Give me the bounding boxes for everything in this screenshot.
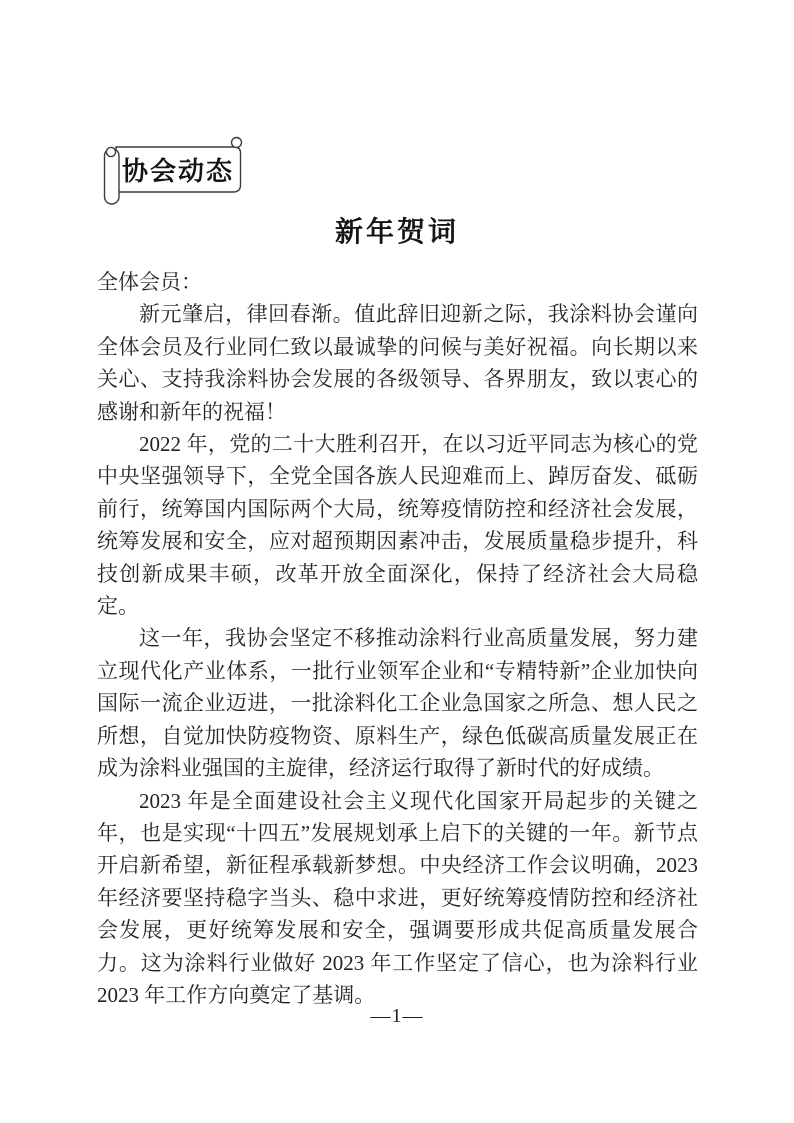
page-number: —1—	[0, 1005, 794, 1028]
page-title: 新年贺词	[0, 210, 794, 250]
banner-scroll: 协会动态	[100, 135, 244, 209]
document-body: 全体会员： 新元肇启，律回春渐。值此辞旧迎新之际，我涂料协会谨向全体会员及行业同…	[97, 266, 698, 1011]
salutation: 全体会员：	[97, 266, 698, 298]
banner-label: 协会动态	[120, 151, 236, 188]
document-page: 协会动态 新年贺词 全体会员： 新元肇启，律回春渐。值此辞旧迎新之际，我涂料协会…	[0, 0, 794, 1123]
paragraph: 这一年，我协会坚定不移推动涂料行业高质量发展，努力建立现代化产业体系，一批行业领…	[97, 622, 698, 784]
paragraph: 2022 年，党的二十大胜利召开，在以习近平同志为核心的党中央坚强领导下，全党全…	[97, 428, 698, 622]
paragraph: 新元肇启，律回春渐。值此辞旧迎新之际，我涂料协会谨向全体会员及行业同仁致以最诚挚…	[97, 298, 698, 428]
paragraph: 2023 年是全面建设社会主义现代化国家开局起步的关键之年，也是实现“十四五”发…	[97, 785, 698, 1012]
